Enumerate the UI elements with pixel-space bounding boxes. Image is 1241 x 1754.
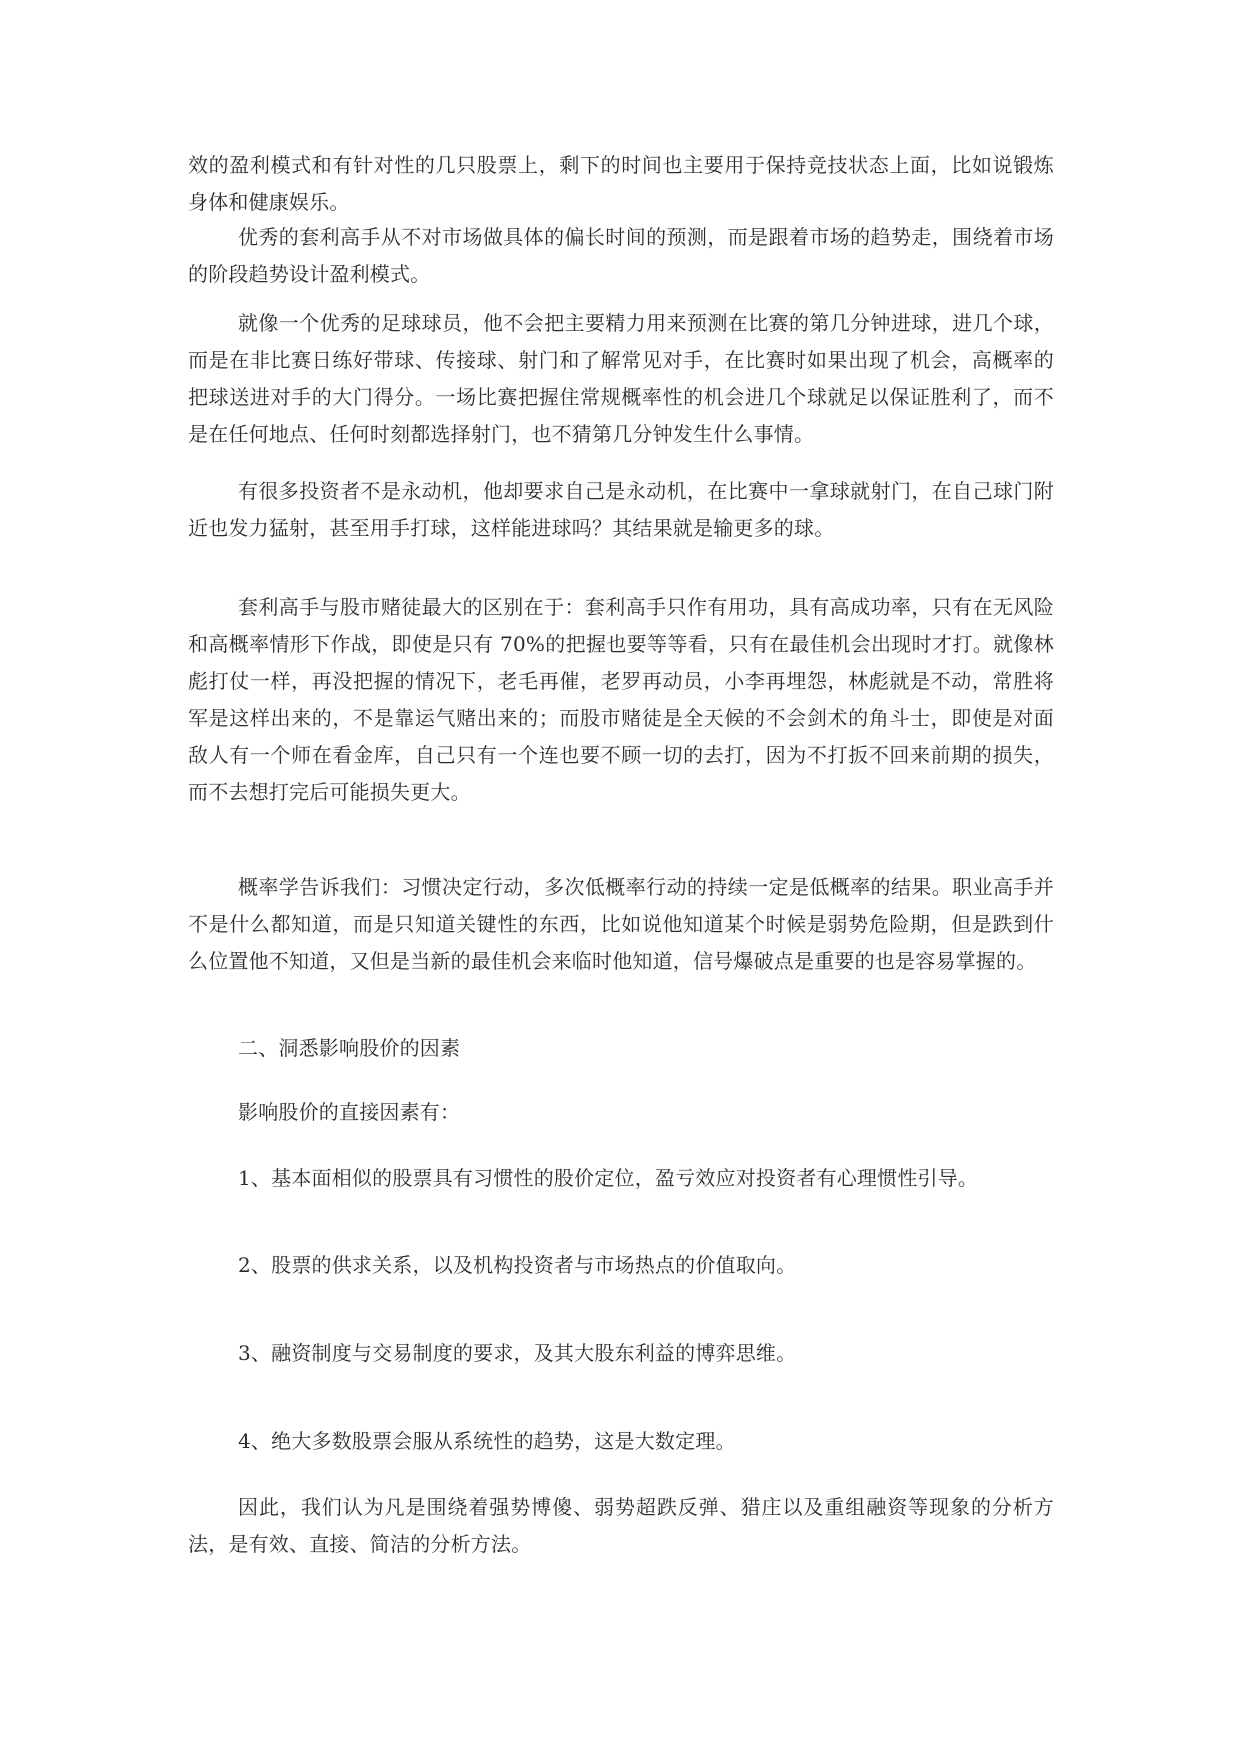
factors-intro: 影响股价的直接因素有：	[188, 1094, 1104, 1131]
factor-item-4: 4、绝大多数股票会服从系统性的趋势，这是大数定理。	[188, 1423, 1104, 1460]
paragraph-probability: 概率学告诉我们：习惯决定行动，多次低概率行动的持续一定是低概率的结果。职业高手并…	[188, 869, 1054, 980]
paragraph-football-analogy: 就像一个优秀的足球球员，他不会把主要精力用来预测在比赛的第几分钟进球，进几个球，…	[188, 305, 1054, 453]
paragraph-arbitrage-vs-gambler: 套利高手与股市赌徒最大的区别在于：套利高手只作有用功，具有高成功率，只有在无风险…	[188, 589, 1054, 811]
paragraph-arbitrage-masters: 优秀的套利高手从不对市场做具体的偏长时间的预测，而是跟着市场的趋势走，围绕着市场…	[188, 219, 1054, 293]
factor-item-3: 3、融资制度与交易制度的要求，及其大股东利益的博弈思维。	[188, 1335, 1104, 1372]
paragraph-conclusion: 因此，我们认为凡是围绕着强势博傻、弱势超跌反弹、猎庄以及重组融资等现象的分析方法…	[188, 1489, 1054, 1563]
section-heading: 二、洞悉影响股价的因素	[188, 1030, 1104, 1067]
paragraph-perpetual-motion: 有很多投资者不是永动机，他却要求自己是永动机，在比赛中一拿球就射门，在自己球门附…	[188, 473, 1054, 547]
paragraph-continuation: 效的盈利模式和有针对性的几只股票上，剩下的时间也主要用于保持竞技状态上面，比如说…	[188, 147, 1054, 221]
factor-item-1: 1、基本面相似的股票具有习惯性的股价定位，盈亏效应对投资者有心理惯性引导。	[188, 1160, 1104, 1197]
factor-item-2: 2、股票的供求关系，以及机构投资者与市场热点的价值取向。	[188, 1247, 1104, 1284]
